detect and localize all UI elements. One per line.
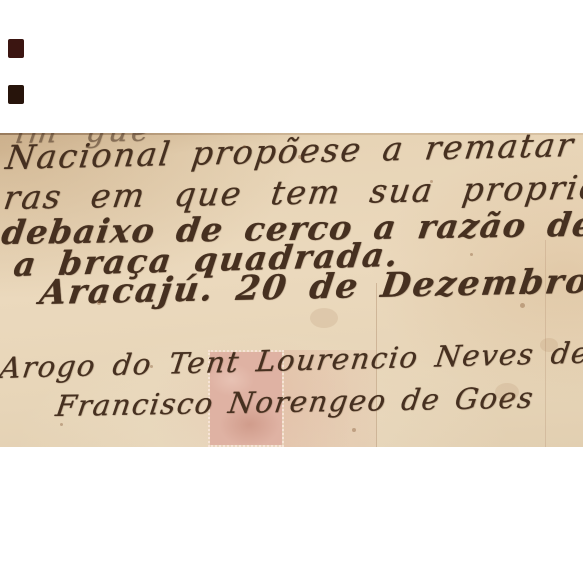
stain-speck <box>380 188 382 190</box>
screenshot-root: im gue Nacional propõese a rematar a ras… <box>0 0 583 583</box>
manuscript-photo: im gue Nacional propõese a rematar a ras… <box>0 133 583 447</box>
stain-blotch <box>310 308 338 328</box>
stain-speck <box>97 301 101 305</box>
handwriting-line-signature-1: Arogo do Tent Lourencio Neves de S. Tiag <box>0 332 583 385</box>
stain-speck <box>430 180 433 183</box>
stain-speck <box>520 303 525 308</box>
dark-square-mark-1 <box>8 39 24 58</box>
stain-blotch <box>540 338 558 352</box>
stain-speck <box>470 253 473 256</box>
stain-speck <box>150 365 153 368</box>
stain-blotch <box>495 383 519 401</box>
stain-speck <box>243 145 246 148</box>
stain-speck <box>60 423 63 426</box>
stain-speck <box>298 155 302 159</box>
handwriting-line-signature-2: Francisco Norengeo de Goes <box>54 381 537 423</box>
stain-speck <box>352 428 356 432</box>
dark-square-mark-2 <box>8 85 24 104</box>
